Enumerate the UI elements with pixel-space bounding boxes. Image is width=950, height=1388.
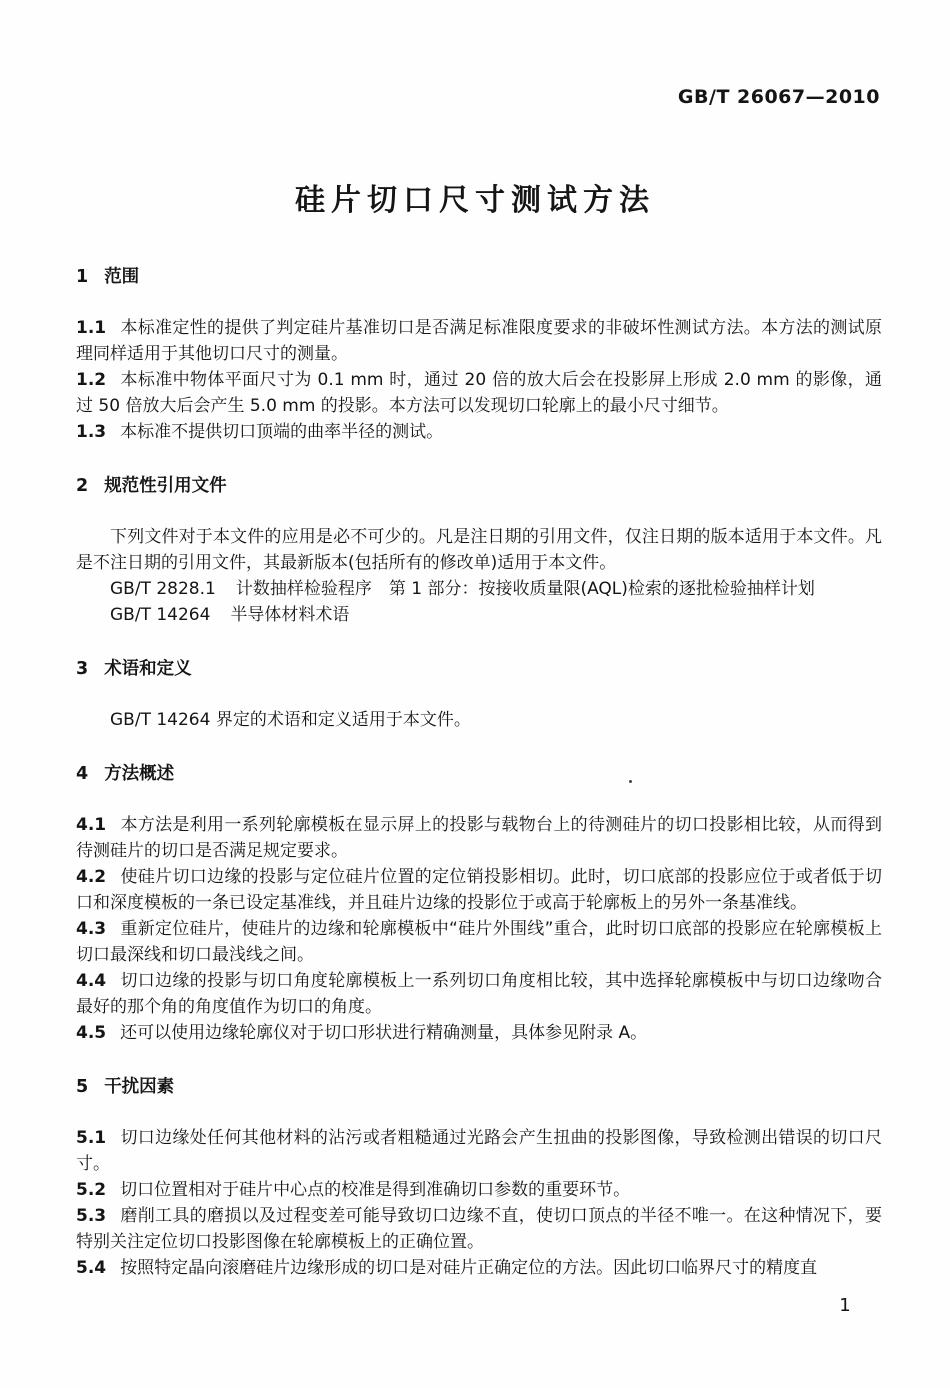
clause-text: 切口边缘的投影与切口角度轮廓模板上一系列切口角度相比较，其中选择轮廓模板中与切口…: [76, 971, 882, 1017]
clause-text: 切口位置相对于硅片中心点的校准是得到准确切口参数的重要环节。: [120, 1180, 630, 1200]
clause-text: 本标准定性的提供了判定硅片基准切口是否满足标准限度要求的非破坏性测试方法。本方法…: [76, 318, 882, 364]
scan-speck: [629, 780, 632, 783]
clause-number: 4.1: [76, 812, 106, 838]
section-title: 方法概述: [104, 764, 174, 784]
section-title: 规范性引用文件: [104, 476, 227, 496]
clause-number: 1.1: [76, 315, 106, 341]
reference-title: 半导体材料术语: [230, 605, 349, 625]
clause-4-4: 4.4切口边缘的投影与切口角度轮廓模板上一系列切口角度相比较，其中选择轮廓模板中…: [76, 968, 882, 1020]
clause-text: 磨削工具的磨损以及过程变差可能导致切口边缘不直，使切口顶点的半径不唯一。在这种情…: [76, 1206, 882, 1252]
clause-number: 4.3: [76, 916, 106, 942]
clause-number: 1.2: [76, 367, 106, 393]
reference-gbt-14264: GB/T 14264半导体材料术语: [76, 602, 882, 628]
clause-4-1: 4.1本方法是利用一系列轮廓模板在显示屏上的投影与载物台上的待测硅片的切口投影相…: [76, 812, 882, 864]
clause-text: 切口边缘处任何其他材料的沾污或者粗糙通过光路会产生扭曲的投影图像，导致检测出错误…: [76, 1128, 882, 1174]
section-title: 干扰因素: [104, 1077, 174, 1097]
clause-text: 按照特定晶向滚磨硅片边缘形成的切口是对硅片正确定位的方法。因此切口临界尺寸的精度…: [120, 1258, 817, 1278]
section-number: 5: [76, 1074, 88, 1100]
clause-number: 5.1: [76, 1125, 106, 1151]
clause-number: 4.5: [76, 1020, 106, 1046]
section-number: 1: [76, 264, 88, 290]
clause-text: 本标准不提供切口顶端的曲率半径的测试。: [120, 422, 443, 442]
reference-title: 计数抽样检验程序 第 1 部分：按接收质量限(AQL)检索的逐批检验抽样计划: [236, 579, 815, 599]
section-number: 3: [76, 656, 88, 682]
reference-code: GB/T 2828.1: [110, 576, 216, 602]
clause-number: 4.4: [76, 968, 106, 994]
clause-1-3: 1.3本标准不提供切口顶端的曲率半径的测试。: [76, 419, 882, 445]
section-title: 范围: [104, 267, 139, 287]
clause-1-2: 1.2本标准中物体平面尺寸为 0.1 mm 时，通过 20 倍的放大后会在投影屏…: [76, 367, 882, 419]
document-body: 1范围 1.1本标准定性的提供了判定硅片基准切口是否满足标准限度要求的非破坏性测…: [0, 264, 950, 1281]
page-number: 1: [830, 1294, 860, 1318]
section-2-heading: 2规范性引用文件: [76, 473, 882, 499]
clause-5-1: 5.1切口边缘处任何其他材料的沾污或者粗糙通过光路会产生扭曲的投影图像，导致检测…: [76, 1125, 882, 1177]
clause-text: 使硅片切口边缘的投影与定位硅片位置的定位销投影相切。此时，切口底部的投影应位于或…: [76, 867, 882, 913]
section-title: 术语和定义: [104, 659, 192, 679]
clause-text: 重新定位硅片，使硅片的边缘和轮廓模板中“硅片外围线”重合，此时切口底部的投影应在…: [76, 919, 882, 965]
reference-gbt-2828-1: GB/T 2828.1计数抽样检验程序 第 1 部分：按接收质量限(AQL)检索…: [76, 576, 882, 602]
clause-4-3: 4.3重新定位硅片，使硅片的边缘和轮廓模板中“硅片外围线”重合，此时切口底部的投…: [76, 916, 882, 968]
clause-5-4: 5.4按照特定晶向滚磨硅片边缘形成的切口是对硅片正确定位的方法。因此切口临界尺寸…: [76, 1255, 882, 1281]
clause-number: 5.4: [76, 1255, 106, 1281]
clause-number: 5.2: [76, 1177, 106, 1203]
clause-text: 本方法是利用一系列轮廓模板在显示屏上的投影与载物台上的待测硅片的切口投影相比较，…: [76, 815, 882, 861]
document-page: GB/T 26067—2010 硅片切口尺寸测试方法 1范围 1.1本标准定性的…: [0, 0, 950, 1388]
section-number: 4: [76, 761, 88, 787]
clause-text: 还可以使用边缘轮廓仪对于切口形状进行精确测量，具体参见附录 A。: [120, 1023, 647, 1043]
document-title: 硅片切口尺寸测试方法: [0, 182, 950, 220]
standard-number: GB/T 26067—2010: [0, 0, 950, 108]
clause-5-2: 5.2切口位置相对于硅片中心点的校准是得到准确切口参数的重要环节。: [76, 1177, 882, 1203]
section-3-heading: 3术语和定义: [76, 656, 882, 682]
clause-5-3: 5.3磨削工具的磨损以及过程变差可能导致切口边缘不直，使切口顶点的半径不唯一。在…: [76, 1203, 882, 1255]
clause-4-5: 4.5还可以使用边缘轮廓仪对于切口形状进行精确测量，具体参见附录 A。: [76, 1020, 882, 1046]
clause-4-2: 4.2使硅片切口边缘的投影与定位硅片位置的定位销投影相切。此时，切口底部的投影应…: [76, 864, 882, 916]
clause-1-1: 1.1本标准定性的提供了判定硅片基准切口是否满足标准限度要求的非破坏性测试方法。…: [76, 315, 882, 367]
clause-text: 本标准中物体平面尺寸为 0.1 mm 时，通过 20 倍的放大后会在投影屏上形成…: [76, 370, 882, 416]
clause-number: 1.3: [76, 419, 106, 445]
section-2-intro: 下列文件对于本文件的应用是必不可少的。凡是注日期的引用文件，仅注日期的版本适用于…: [76, 524, 882, 576]
section-5-heading: 5干扰因素: [76, 1074, 882, 1100]
section-4-heading: 4方法概述: [76, 761, 882, 787]
section-number: 2: [76, 473, 88, 499]
section-1-heading: 1范围: [76, 264, 882, 290]
clause-number: 5.3: [76, 1203, 106, 1229]
clause-number: 4.2: [76, 864, 106, 890]
section-3-body: GB/T 14264 界定的术语和定义适用于本文件。: [76, 707, 882, 733]
reference-code: GB/T 14264: [110, 602, 210, 628]
